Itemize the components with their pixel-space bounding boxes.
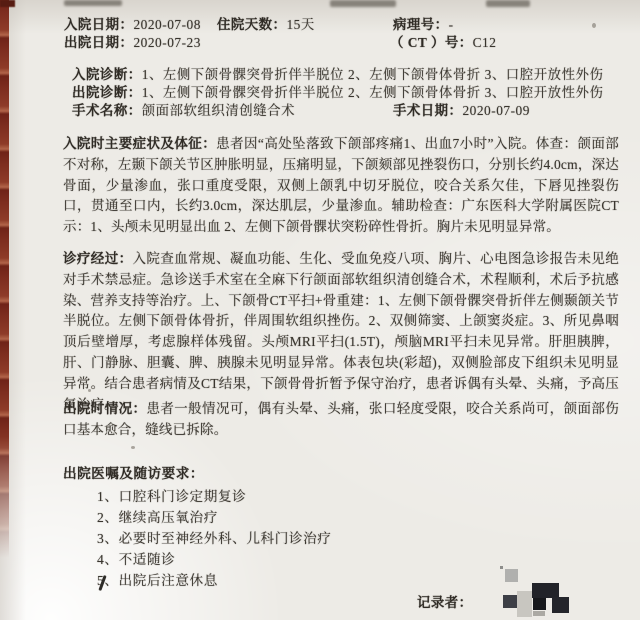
- discharge-status-paragraph: 出院时情况：患者一般情况可，偶有头晕、头痛，张口轻度受限，咬合关系尚可，颌面部伤…: [63, 399, 619, 441]
- redaction-block: [533, 598, 546, 610]
- recorder-label: 记录者：: [417, 592, 473, 611]
- ct-no-field: （ CT ）号：C12: [390, 32, 496, 51]
- order-item-4: 4、不适随诊: [97, 548, 175, 568]
- page-left-edge: [0, 0, 9, 575]
- course-text: 入院查血常规、凝血功能、生化、受血免疫八项、胸片、心电图急诊报告未见绝对手术禁忌…: [63, 251, 619, 412]
- surgery-name-label: 手术名称：: [72, 103, 142, 118]
- pathology-no-field: 病理号：-: [393, 14, 454, 33]
- paper-speck: [592, 23, 596, 28]
- redacted-signature: [496, 562, 588, 618]
- order-item-1: 1、口腔科门诊定期复诊: [97, 485, 246, 505]
- discharge-status-label: 出院时情况：: [63, 401, 146, 416]
- discharge-diagnosis-text: 1、左侧下颌骨髁突骨折伴半脱位 2、左侧下颌骨体骨折 3、口腔开放性外伤: [142, 85, 604, 100]
- order-item-2: 2、继续高压氧治疗: [97, 506, 218, 526]
- scanned-discharge-record-photo: 入院日期：2020-07-08 住院天数：15天 病理号：- 出院日期：2020…: [0, 0, 640, 620]
- surgery-name-value: 颌面部软组织清创缝合术: [142, 103, 295, 118]
- ct-no-value: C12: [473, 35, 497, 50]
- surgery-date-value: 2020-07-09: [462, 103, 529, 118]
- pathology-no-value: -: [449, 17, 454, 32]
- discharge-status-text: 患者一般情况可，偶有头晕、头痛，张口轻度受限，咬合关系尚可，颌面部伤口基本愈合，…: [63, 401, 619, 437]
- ct-no-label: （ CT ）号：: [390, 35, 473, 50]
- symptoms-label: 入院时主要症状及体征：: [63, 136, 216, 151]
- admit-date-value: 2020-07-08: [133, 17, 200, 32]
- stay-days-label: 住院天数：: [217, 17, 286, 32]
- surgery-date-field: 手术日期：2020-07-09: [393, 100, 530, 119]
- redaction-block: [503, 595, 518, 608]
- admit-diagnosis-line: 入院诊断：1、左侧下颌骨髁突骨折伴半脱位 2、左侧下颌骨体骨折 3、口腔开放性外…: [72, 64, 603, 83]
- discharge-date-value: 2020-07-23: [133, 35, 200, 50]
- cropped-text-fragment: [486, 0, 530, 7]
- redaction-block: [505, 569, 518, 582]
- page-corner-shadow: [0, 0, 15, 7]
- stay-days-value: 15天: [286, 17, 314, 32]
- symptoms-paragraph: 入院时主要症状及体征：患者因“高处坠落致下颌部疼痛1、出血7小时”入院。体查：颌…: [63, 134, 619, 238]
- surgery-name-line: 手术名称：颌面部软组织清创缝合术: [72, 100, 295, 119]
- cropped-text-fragment: [330, 0, 396, 7]
- redaction-block: [500, 566, 503, 569]
- surgery-date-label: 手术日期：: [393, 103, 462, 118]
- redaction-block: [517, 591, 532, 617]
- admit-diagnosis-text: 1、左侧下颌骨髁突骨折伴半脱位 2、左侧下颌骨体骨折 3、口腔开放性外伤: [142, 67, 604, 82]
- course-paragraph: 诊疗经过：入院查血常规、凝血功能、生化、受血免疫八项、胸片、心电图急诊报告未见绝…: [63, 249, 619, 415]
- order-item-3: 3、必要时至神经外科、儿科门诊治疗: [97, 527, 332, 547]
- discharge-date-label: 出院日期：: [64, 35, 133, 50]
- cropped-text-fragment: [64, 0, 122, 6]
- admit-diagnosis-label: 入院诊断：: [72, 67, 142, 82]
- stay-days-field: 住院天数：15天: [217, 14, 315, 33]
- pathology-no-label: 病理号：: [393, 17, 449, 32]
- admit-date-label: 入院日期：: [64, 17, 133, 32]
- discharge-diagnosis-line: 出院诊断：1、左侧下颌骨髁突骨折伴半脱位 2、左侧下颌骨体骨折 3、口腔开放性外…: [72, 82, 603, 101]
- admit-date-field: 入院日期：2020-07-08: [64, 14, 201, 33]
- discharge-date-field: 出院日期：2020-07-23: [64, 32, 201, 51]
- redaction-block: [533, 611, 545, 616]
- orders-heading: 出院医嘱及随访要求：: [63, 462, 204, 482]
- redaction-block: [552, 597, 569, 613]
- order-item-5: 5、出院后注意休息: [97, 569, 218, 589]
- paper-speck: [131, 446, 135, 449]
- discharge-diagnosis-label: 出院诊断：: [72, 85, 142, 100]
- redaction-block: [532, 583, 559, 598]
- course-label: 诊疗经过：: [63, 251, 133, 266]
